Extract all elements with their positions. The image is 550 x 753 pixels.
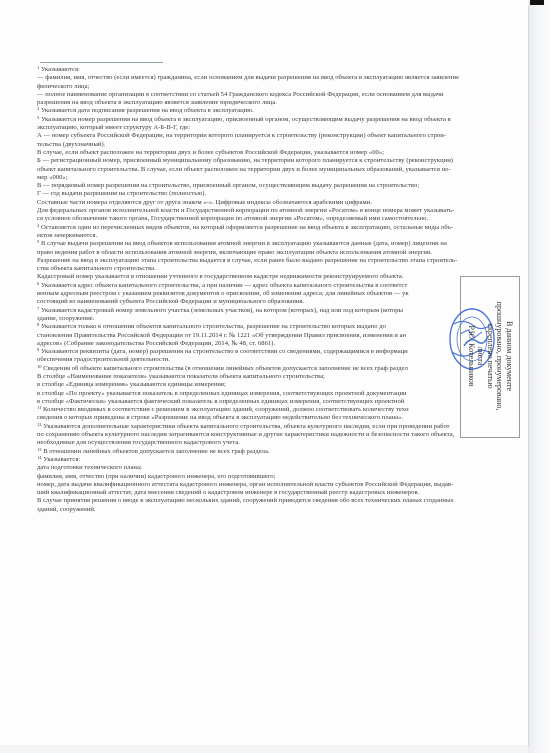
text-line: по сохранению объекта культурного наслед… (37, 431, 507, 439)
line-text: Оставляется один из перечисленных видов … (39, 224, 453, 231)
line-text: Указывается номер разрешения на ввод объ… (39, 116, 450, 123)
text-line: 9 Указываются реквизиты (дата, номер) ра… (37, 348, 507, 356)
line-text: — полное наименование организации в соот… (37, 91, 444, 98)
line-text: объект капитального строительства. В слу… (37, 166, 451, 173)
text-line: 6 Указывается адрес объекта капитального… (37, 282, 507, 290)
text-line: ся условное обозначение такого органа, Г… (37, 215, 507, 223)
line-text: В случае выдачи разрешения на ввод объек… (39, 240, 447, 247)
text-line: право ведения работ в области использова… (37, 249, 507, 257)
text-line: номер, дата выдачи квалификационного атт… (37, 481, 507, 489)
text-line: В столбце «Наименование показателя» указ… (37, 373, 507, 381)
line-text: состоящий из наименований субъекта Росси… (37, 298, 304, 305)
text-line: 11 Количество вводимых в соответствии с … (37, 406, 507, 414)
line-text: В случае, если объект расположен на терр… (37, 149, 384, 156)
line-text: по сохранению объекта культурного наслед… (37, 431, 454, 438)
text-line: 12 Указываются дополнительные характерис… (37, 423, 507, 431)
line-text: в столбце «По проекту» указывается показ… (37, 390, 407, 397)
stamp-line: Р.Ю. Котельников (466, 276, 476, 436)
stamp-line: скреплено печатью (485, 276, 495, 436)
text-line: В случае принятия решения о вводе в эксп… (37, 497, 507, 505)
text-line: в столбце «Фактически» указывается факти… (37, 398, 507, 406)
text-line: В случае, если объект расположен на терр… (37, 149, 507, 157)
text-line: 5 В случае выдачи разрешения на ввод объ… (37, 240, 507, 248)
text-line: 1 Указываются: (37, 66, 507, 74)
stamp-line: прошнуровано, пронумеровано, (495, 276, 505, 436)
line-text: обеспечения градостроительной деятельнос… (37, 356, 170, 363)
line-text: Сведения об объекте капитального строите… (42, 365, 408, 372)
text-line: сведения о которых приведены в строке «Р… (37, 414, 507, 422)
line-text: Указываются реквизиты (дата, номер) разр… (39, 348, 407, 355)
text-line: 4 Оставляется один из перечисленных видо… (37, 224, 507, 232)
text-line: обеспечения градостроительной деятельнос… (37, 356, 507, 364)
line-text: зданий, сооружений. (37, 506, 96, 513)
text-line: мер «000»; (37, 174, 507, 182)
stamp-text: В данном документе прошнуровано, пронуме… (466, 276, 514, 436)
footnotes-text: 1 Указываются:— фамилия, имя, отчество (… (37, 66, 507, 514)
text-line: Б — регистрационный номер, присвоенный м… (37, 157, 507, 165)
text-line: ший квалификационный аттестат, дата внес… (37, 489, 507, 497)
line-text: Г — год выдачи разрешения на строительст… (37, 190, 206, 197)
text-line: фамилия, имя, отчество (при наличии) кад… (37, 473, 507, 481)
text-line: адресов» (Собрание законодательства Росс… (37, 340, 507, 348)
text-line: Кадастровый номер указывается в отношени… (37, 273, 507, 281)
line-text: ектов зачеркиваются. (37, 232, 97, 239)
line-text: адресов» (Собрание законодательства Росс… (37, 340, 275, 347)
stamp-line: листа (476, 276, 486, 436)
line-text: здание, сооружение. (37, 315, 94, 322)
text-line: разрешения на ввод объекта в эксплуатаци… (37, 99, 507, 107)
text-line: в столбце «По проекту» указывается показ… (37, 390, 507, 398)
line-text: разрешения на ввод объекта в эксплуатаци… (37, 99, 277, 106)
line-text: В столбце «Наименование показателя» указ… (37, 373, 325, 380)
text-line: 8 Указывается только в отношении объекто… (37, 323, 507, 331)
line-text: физического лица; (37, 83, 89, 90)
text-line: Г — год выдачи разрешения на строительст… (37, 190, 507, 198)
scan-corner-mark (530, 0, 544, 5)
line-text: Указываются: (39, 66, 80, 73)
text-line: — фамилия, имя, отчество (если имеется) … (37, 74, 507, 82)
line-text: венным адресным реестром с указанием рек… (37, 290, 409, 297)
line-text: Для федеральных органов исполнительной в… (37, 207, 454, 214)
line-text: фамилия, имя, отчество (при наличии) кад… (37, 473, 275, 480)
text-line: эксплуатацию, который имеет структуру А-… (37, 124, 507, 132)
text-line: тельства (двухзначный). (37, 141, 507, 149)
text-line: объект капитального строительства. В слу… (37, 166, 507, 174)
line-text: номер, дата выдачи квалификационного атт… (37, 481, 453, 488)
line-text: право ведения работ в области использова… (37, 249, 432, 256)
text-line: 14 Указывается: (37, 456, 507, 464)
text-line: В — порядковый номер разрешения на строи… (37, 182, 507, 190)
text-line: 3 Указывается номер разрешения на ввод о… (37, 116, 507, 124)
page-bottom-edge (0, 745, 528, 753)
line-text: Разрешение на ввод в эксплуатацию этапа … (37, 257, 457, 264)
line-text: Кадастровый номер указывается в отношени… (37, 273, 404, 280)
line-text: — фамилия, имя, отчество (если имеется) … (37, 74, 459, 81)
text-line: физического лица; (37, 83, 507, 91)
line-text: Указывается только в отношении объектов … (39, 323, 386, 330)
text-line: венным адресным реестром с указанием рек… (37, 290, 507, 298)
line-text: В случае принятия решения о вводе в эксп… (37, 497, 454, 504)
footnote-separator (40, 62, 163, 63)
text-line: ства объекта капитального строительства. (37, 265, 507, 273)
line-text: В — порядковый номер разрешения на строи… (37, 182, 419, 189)
line-text: Количество вводимых в соответствии с реш… (41, 406, 408, 413)
line-text: становления Правительства Российской Фед… (37, 332, 406, 339)
line-text: Указывается кадастровый номер земельного… (39, 307, 403, 314)
text-line: Разрешение на ввод в эксплуатацию этапа … (37, 257, 507, 265)
text-line: зданий, сооружений. (37, 506, 507, 514)
line-text: Указывается дата подписания разрешения н… (39, 107, 254, 114)
line-text: эксплуатацию, который имеет структуру А-… (37, 124, 190, 131)
text-line: ектов зачеркиваются. (37, 232, 507, 240)
text-line: дата подготовки технического плана; (37, 464, 507, 472)
line-text: в столбце «Фактически» указывается факти… (37, 398, 404, 405)
line-text: ства объекта капитального строительства. (37, 265, 156, 272)
line-text: сведения о которых приведены в строке «Р… (37, 414, 403, 421)
line-text: Указываются дополнительные характеристик… (42, 423, 450, 430)
line-text: ся условное обозначение такого органа, Г… (37, 215, 428, 222)
text-line: 7 Указывается кадастровый номер земельно… (37, 307, 507, 315)
line-text: Б — регистрационный номер, присвоенный м… (37, 157, 453, 164)
line-text: А — номер субъекта Российской Федерации,… (37, 132, 446, 139)
stamp-line: В данном документе (504, 276, 514, 436)
certification-stamp: В данном документе прошнуровано, пронуме… (446, 274, 532, 438)
text-line: 10 Сведения об объекте капитального стро… (37, 365, 507, 373)
line-text: ший квалификационный аттестат, дата внес… (37, 489, 419, 496)
line-text: Составные части номера отделяются друг о… (37, 199, 372, 206)
text-line: необходимые для осуществления государств… (37, 439, 507, 447)
line-text: Указывается адрес объекта капитального с… (39, 282, 407, 289)
text-line: Для федеральных органов исполнительной в… (37, 207, 507, 215)
text-line: становления Правительства Российской Фед… (37, 332, 507, 340)
text-line: здание, сооружение. (37, 315, 507, 323)
text-line: А — номер субъекта Российской Федерации,… (37, 132, 507, 140)
line-text: мер «000»; (37, 174, 68, 181)
text-line: состоящий из наименований субъекта Росси… (37, 298, 507, 306)
text-line: 2 Указывается дата подписания разрешения… (37, 107, 507, 115)
line-text: тельства (двухзначный). (37, 141, 105, 148)
text-line: 13 В отношении линейных объектов допуска… (37, 448, 507, 456)
line-text: дата подготовки технического плана; (37, 464, 142, 471)
text-line: в столбце «Единица измерения» указываютс… (37, 381, 507, 389)
line-text: в столбце «Единица измерения» указываютс… (37, 381, 226, 388)
text-line: Составные части номера отделяются друг о… (37, 199, 507, 207)
line-text: Указывается: (42, 456, 81, 463)
line-text: необходимые для осуществления государств… (37, 439, 240, 446)
text-line: — полное наименование организации в соот… (37, 91, 507, 99)
line-text: В отношении линейных объектов допускаетс… (42, 448, 270, 455)
